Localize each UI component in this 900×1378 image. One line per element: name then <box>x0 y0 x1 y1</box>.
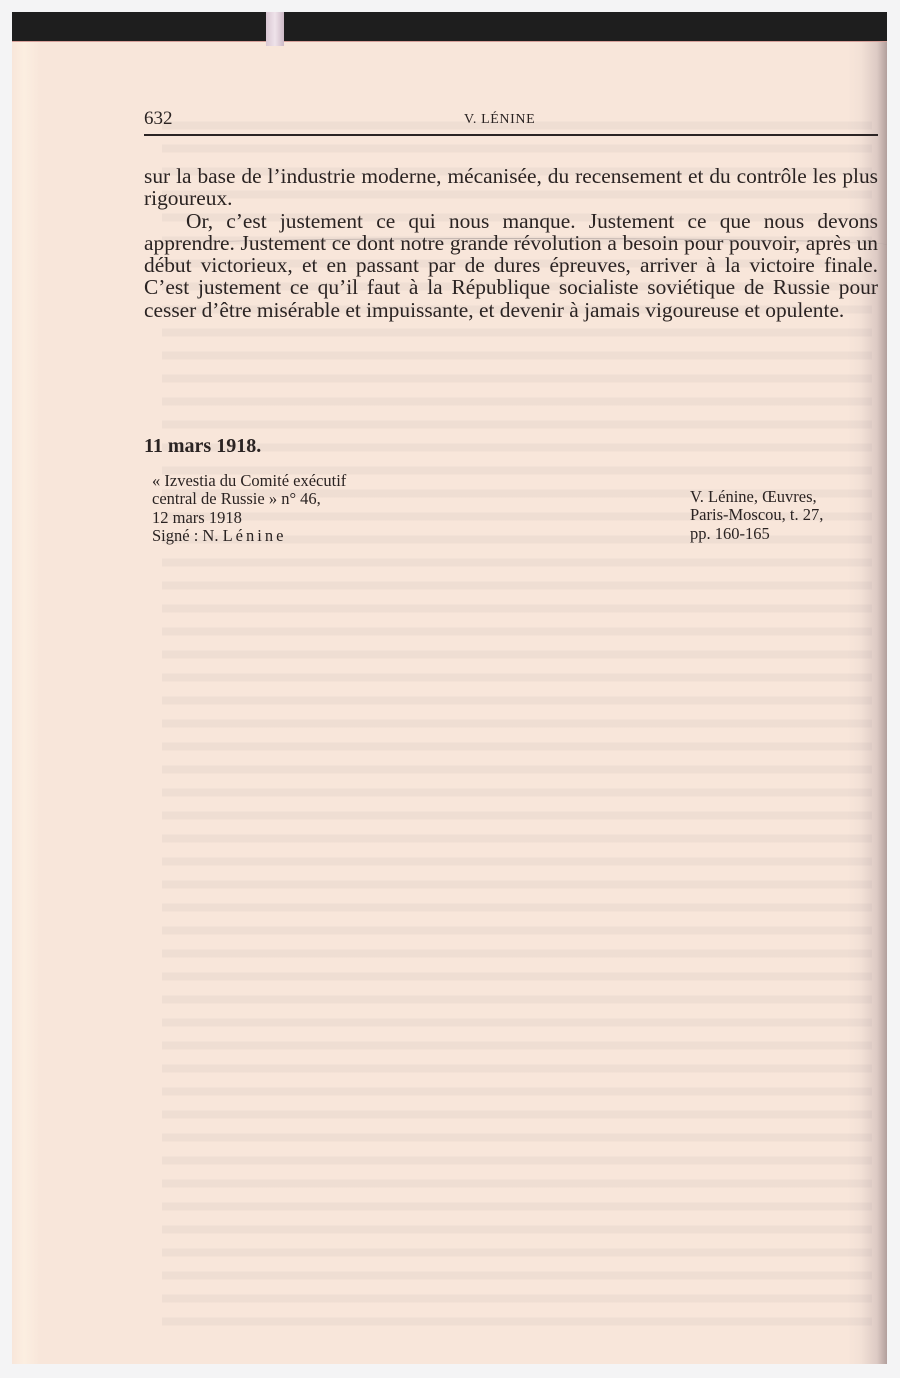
header-rule <box>144 134 878 136</box>
source-line: central de Russie » n° 46, <box>152 490 346 508</box>
reference-line: V. Lénine, Œuvres, <box>690 488 823 506</box>
body-text: sur la base de l’industrie moderne, méca… <box>144 165 878 321</box>
reference-line: Paris-Moscou, t. 27, <box>690 506 823 524</box>
book-page: 632 V. LÉNINE sur la base de l’industrie… <box>12 41 887 1364</box>
reference-line: pp. 160-165 <box>690 525 823 543</box>
signed-name: Lénine <box>223 526 287 545</box>
book-top-edge <box>12 12 887 42</box>
date-line: 11 mars 1918. <box>144 435 261 458</box>
scanned-page-image: 632 V. LÉNINE sur la base de l’industrie… <box>12 12 887 1364</box>
paragraph: Or, c’est justement ce qui nous manque. … <box>144 210 878 321</box>
source-line: « Izvestia du Comité exécutif <box>152 472 346 490</box>
running-title: V. LÉNINE <box>464 112 535 128</box>
ribbon-bookmark <box>266 12 284 46</box>
publication-source: « Izvestia du Comité exécutif central de… <box>152 472 346 545</box>
source-line: 12 mars 1918 <box>152 509 346 527</box>
paragraph-continuation: sur la base de l’industrie moderne, méca… <box>144 165 878 210</box>
works-reference: V. Lénine, Œuvres, Paris-Moscou, t. 27, … <box>690 488 823 543</box>
running-head: 632 V. LÉNINE <box>144 106 878 136</box>
signature-line: Signé : N. Lénine <box>152 527 346 545</box>
page-number: 632 <box>144 108 173 130</box>
signed-label: Signé : N. <box>152 526 223 545</box>
